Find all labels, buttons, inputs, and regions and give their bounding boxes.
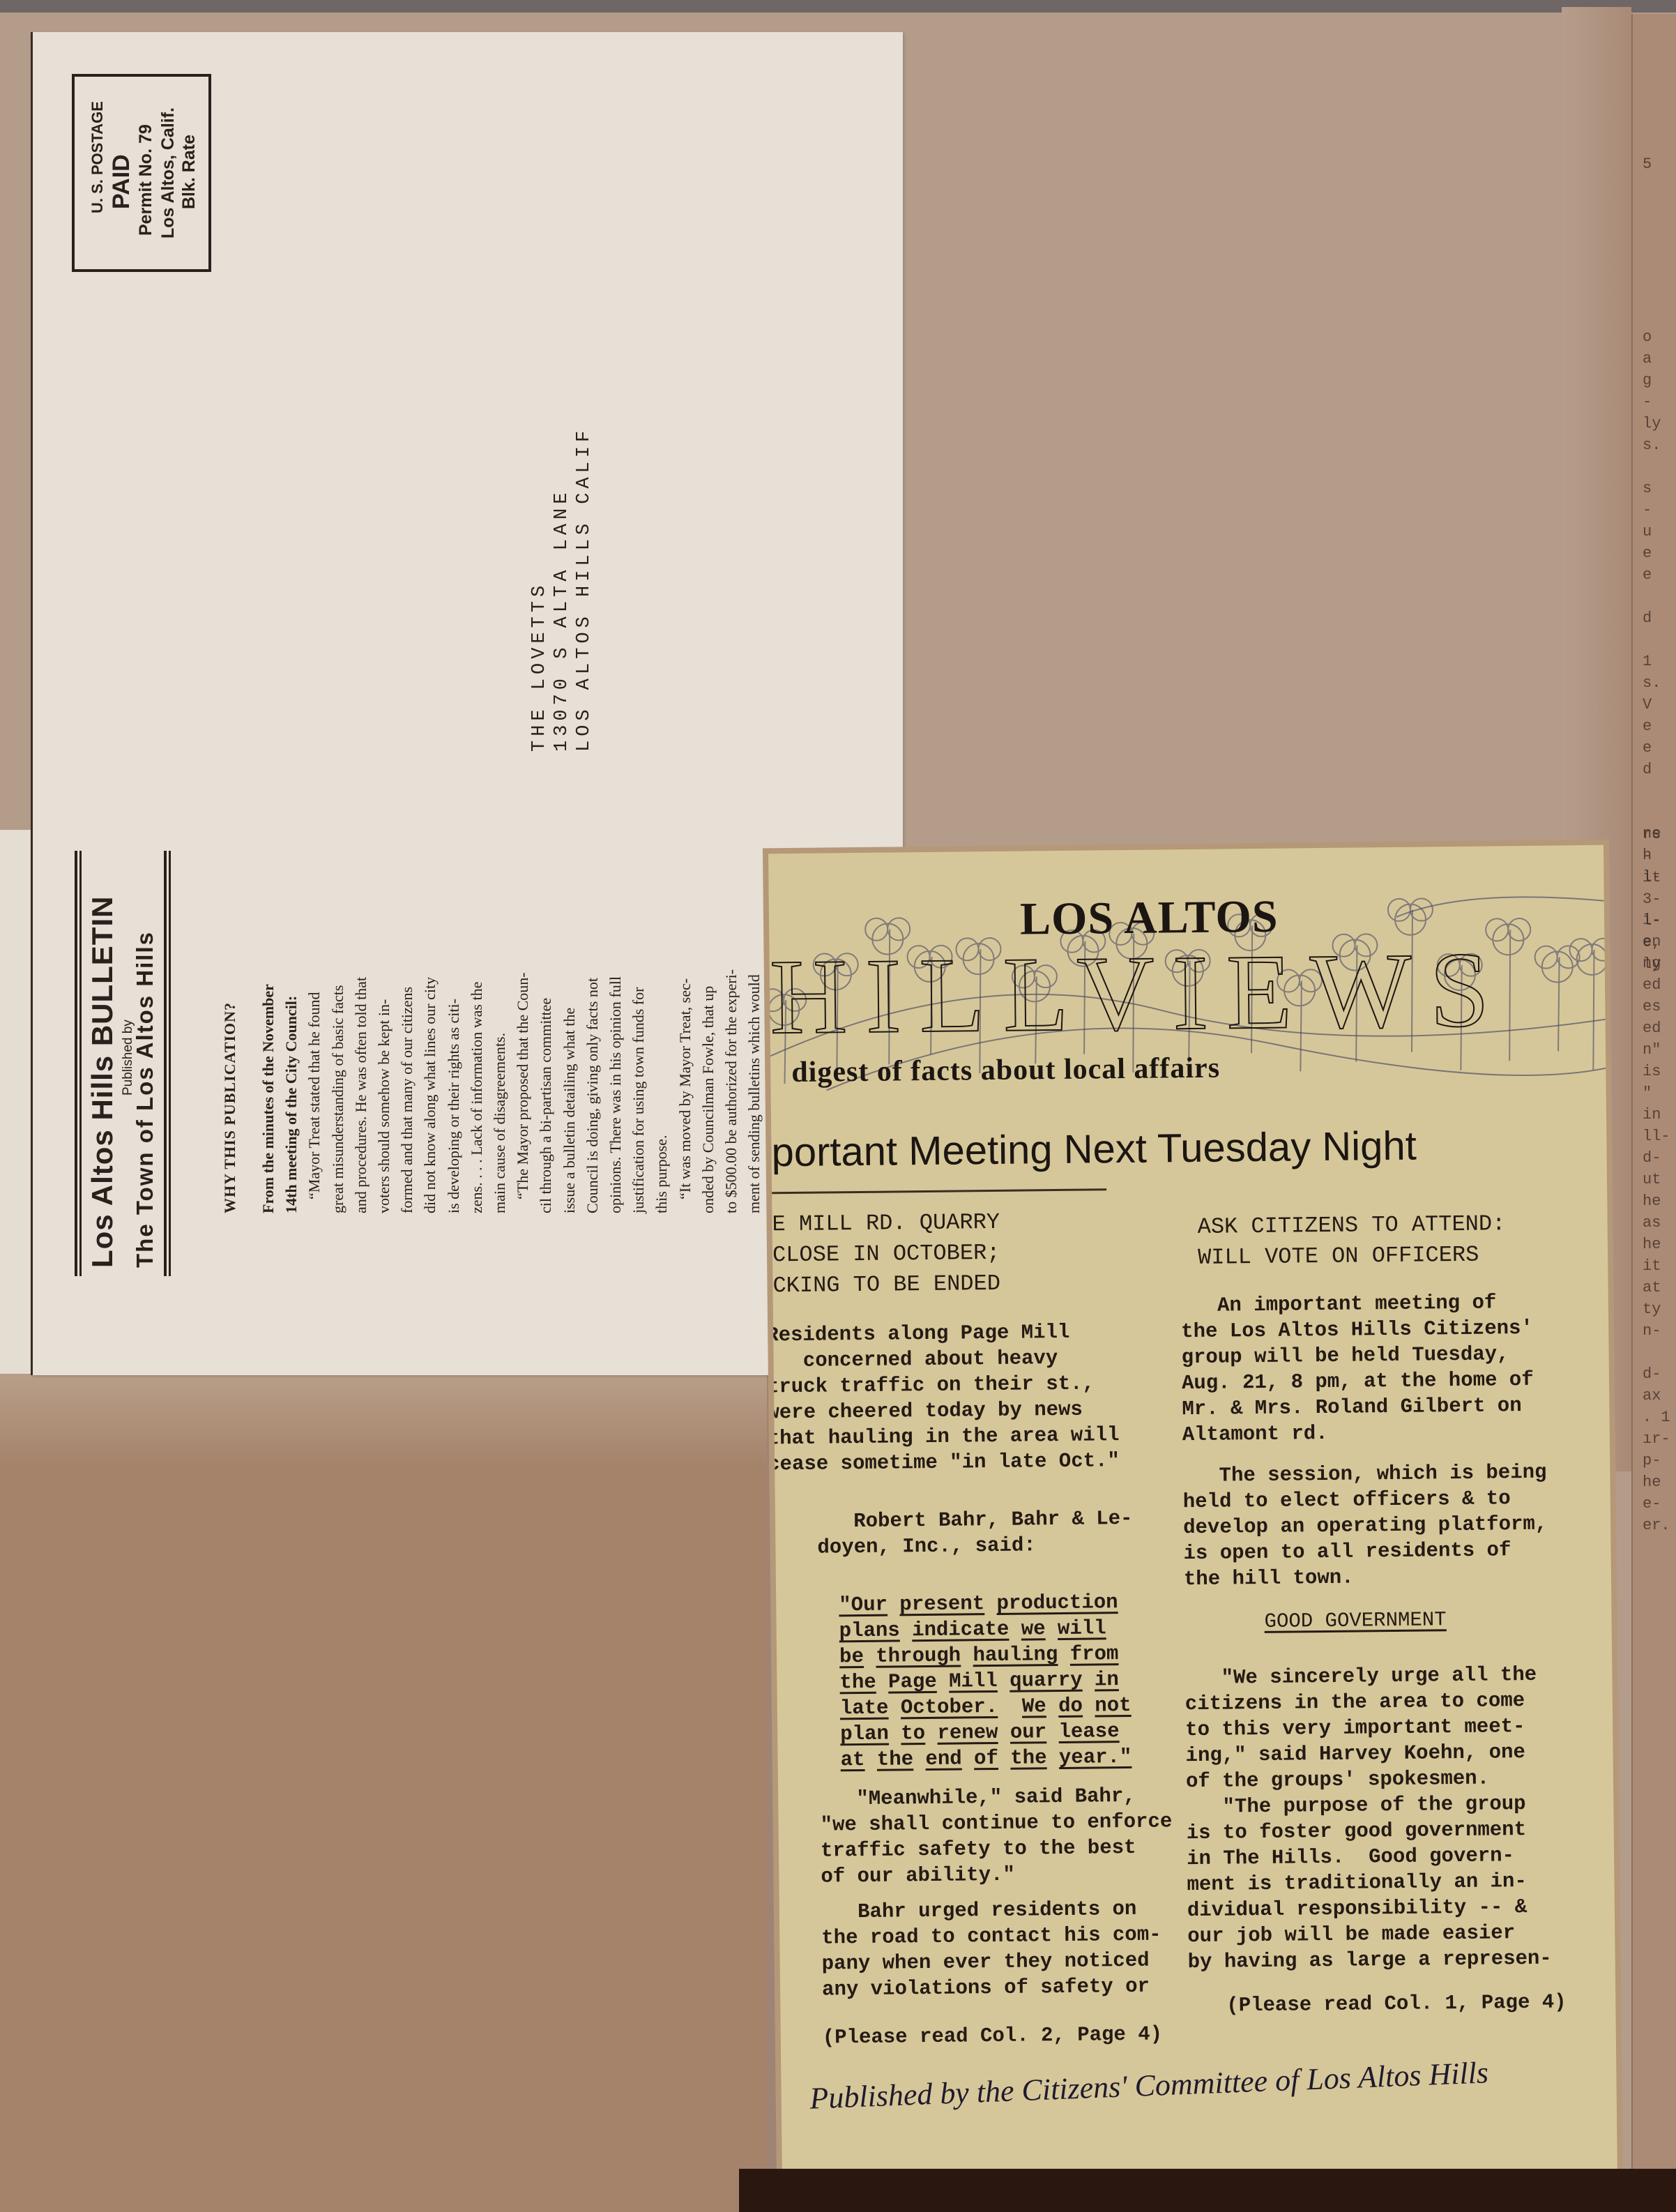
text-line: the Page Mill quarry in xyxy=(839,1667,1131,1695)
article-line: ment of sending bulletins which would xyxy=(745,974,763,1213)
postage-city: Los Altos, Calif. xyxy=(158,107,178,238)
article-line: is developing or their rights as citi- xyxy=(445,999,463,1213)
text-line: of the groups' spokesmen. xyxy=(1186,1765,1550,1794)
text-line: Aug. 21, 8 pm, at the home of xyxy=(1182,1367,1534,1396)
article-line: justification for using town funds for xyxy=(630,987,648,1213)
scrapbook-page-gradient xyxy=(0,1375,767,1466)
continued-note-right: (Please read Col. 1, Page 4) xyxy=(1226,1989,1567,2018)
scrapbook-bottom-edge xyxy=(739,2169,1676,2212)
text-line: late October. We do not xyxy=(840,1692,1132,1721)
postage-indicia: U. S. POSTAGE PAID Permit No. 79 Los Alt… xyxy=(72,74,211,272)
quarry-para-1: Residents along Page Mill concerned abou… xyxy=(768,1319,1120,1477)
text-line: Residents along Page Mill xyxy=(768,1319,1118,1348)
postage-paid: PAID xyxy=(108,154,135,209)
article-line: main cause of disagreements. xyxy=(491,1033,509,1213)
bulletin-publisher: The Town of Los Altos Hills xyxy=(132,931,158,1268)
article-line: great misunderstanding of basic facts xyxy=(329,985,347,1213)
clipping-fragment-lower: ne h l- i- en ng ed es ed n" is " in ll-… xyxy=(1643,823,1676,1536)
text-line: "Our present production xyxy=(839,1589,1130,1618)
address-name: THE LOVETTS xyxy=(529,582,550,752)
quarry-para-3: "Meanwhile," said Bahr,"we shall continu… xyxy=(820,1782,1173,1889)
text-line: group will be held Tuesday, xyxy=(1181,1341,1533,1370)
text-line: The session, which is being xyxy=(1182,1460,1546,1489)
text-line: were cheered today by news xyxy=(768,1396,1119,1425)
article-line: this purpose. xyxy=(653,1135,671,1213)
article-line: zens. . . . Lack of information was the xyxy=(468,982,486,1213)
text-line: the Los Altos Hills Citizens' xyxy=(1181,1315,1533,1344)
text-line: plan to renew our lease xyxy=(840,1718,1132,1747)
article-line: 14th meeting of the City Council: xyxy=(282,996,300,1213)
text-line: CKING TO BE ENDED xyxy=(772,1268,1000,1301)
text-line: be through hauling from xyxy=(839,1641,1131,1669)
text-line: held to elect officers & to xyxy=(1183,1485,1547,1515)
text-line: Bahr urged residents on xyxy=(821,1896,1161,1925)
text-line: "The purpose of the group xyxy=(1186,1791,1550,1820)
text-line: the hill town. xyxy=(1184,1563,1548,1592)
good-government-heading: GOOD GOVERNMENT xyxy=(1264,1607,1446,1635)
article-line: did not know along what lines our city xyxy=(421,977,439,1213)
article-line: opinions. There was in his opinion full xyxy=(607,976,625,1213)
postage-rate: Blk. Rate xyxy=(179,135,199,209)
text-line: Robert Bahr, Bahr & Le- xyxy=(817,1506,1133,1535)
text-line: pany when ever they noticed xyxy=(822,1948,1162,1977)
continued-note-left: (Please read Col. 2, Page 4) xyxy=(823,2022,1163,2051)
text-line: develop an operating platform, xyxy=(1183,1511,1547,1540)
address-city: LOS ALTOS HILLS CALIF xyxy=(574,427,595,752)
text-line: plans indicate we will xyxy=(839,1615,1131,1644)
text-line: ASK CITIZENS TO ATTEND: xyxy=(1197,1209,1505,1243)
article-line: formed and that many of our citizens xyxy=(398,987,416,1213)
quarry-subhead: E MILL RD. QUARRYCLOSE IN OCTOBER;CKING … xyxy=(772,1207,1000,1301)
article-line: “The Mayor proposed that the Coun- xyxy=(514,972,532,1199)
postage-line: U. S. POSTAGE xyxy=(89,101,107,213)
text-line: concerned about heavy xyxy=(768,1344,1118,1374)
adjacent-clipping-edge: 5 o a g - ly s. s - u e e d 1 s. V e e d… xyxy=(1631,14,1676,2169)
text-line: "we shall continue to enforce xyxy=(820,1808,1172,1838)
text-line: citizens in the area to come xyxy=(1185,1688,1549,1717)
quarry-quote: "Our present productionplans indicate we… xyxy=(839,1589,1132,1773)
quarry-para-4: Bahr urged residents onthe road to conta… xyxy=(821,1896,1162,2003)
postage-permit: Permit No. 79 xyxy=(136,124,156,236)
article-line: “It was moved by Mayor Treat, sec- xyxy=(676,978,694,1199)
article-line: issue a bulletin detailing what the xyxy=(561,1008,579,1213)
text-line: is open to all residents of xyxy=(1183,1537,1547,1566)
masthead-tagline: digest of facts about local affairs xyxy=(791,1052,1220,1089)
meeting-para-1: An important meeting ofthe Los Altos Hil… xyxy=(1181,1289,1534,1448)
text-line: by having as large a represen- xyxy=(1188,1946,1552,1975)
publisher-credit: Published by the Citizens' Committee of … xyxy=(809,2054,1488,2116)
text-line: to this very important meet- xyxy=(1185,1713,1549,1743)
text-line: An important meeting of xyxy=(1181,1289,1533,1319)
text-line: dividual responsibility -- & xyxy=(1187,1894,1551,1923)
text-line: "Meanwhile," said Bahr, xyxy=(820,1782,1172,1812)
article-line: Council is doing, giving only facts not xyxy=(584,978,602,1213)
article-line: cil through a bi-partisan committee xyxy=(537,998,555,1213)
good-government-body: "We sincerely urge all thecitizens in th… xyxy=(1184,1662,1552,1975)
text-line: WILL VOTE ON OFFICERS xyxy=(1198,1239,1506,1273)
text-line: that hauling in the area will xyxy=(768,1422,1120,1451)
masthead-rule xyxy=(75,851,77,1276)
headline: portant Meeting Next Tuesday Night xyxy=(771,1123,1417,1176)
text-line: the road to contact his com- xyxy=(821,1922,1161,1951)
address-street: 13070 S ALTA LANE xyxy=(551,489,572,752)
text-line: traffic safety to the best xyxy=(821,1834,1173,1863)
meeting-para-2: The session, which is beingheld to elect… xyxy=(1182,1460,1548,1592)
scrapbook-page-lower xyxy=(0,1375,767,2212)
masthead-rule xyxy=(169,851,171,1276)
article-line: voters should somehow be kept in- xyxy=(375,999,393,1213)
text-line: "We sincerely urge all the xyxy=(1184,1662,1548,1691)
text-line: in The Hills. Good govern- xyxy=(1187,1842,1551,1872)
article-line: “Mayor Treat stated that he found xyxy=(305,992,323,1199)
article-line: and procedures. He was often told that xyxy=(352,977,370,1213)
quarry-para-2: Robert Bahr, Bahr & Le-doyen, Inc., said… xyxy=(817,1506,1133,1561)
text-line: Altamont rd. xyxy=(1182,1418,1534,1448)
masthead-hillviews: HILLVIEWS xyxy=(769,928,1508,1059)
article-line: From the minutes of the November xyxy=(259,984,277,1213)
article-line: to $500.00 be authorized for the experi- xyxy=(722,969,740,1213)
text-line: our job will be made easier xyxy=(1187,1920,1551,1949)
masthead-rule xyxy=(164,851,167,1276)
page-top-shadow xyxy=(0,0,1676,13)
text-line: doyen, Inc., said: xyxy=(817,1531,1133,1561)
text-line: Mr. & Mrs. Roland Gilbert on xyxy=(1182,1393,1534,1422)
article-heading: WHY THIS PUBLICATION? xyxy=(221,1002,239,1213)
text-line: E MILL RD. QUARRY xyxy=(772,1207,1000,1240)
text-line: truck traffic on their st., xyxy=(768,1370,1119,1400)
text-line: at the end of the year." xyxy=(840,1744,1132,1773)
article-line: onded by Councilman Fowle, that up xyxy=(699,986,717,1213)
text-line: any violations of safety or xyxy=(822,1974,1162,2003)
text-line: ment is traditionally an in- xyxy=(1187,1868,1551,1897)
headline-rule xyxy=(772,1188,1106,1194)
text-line: CLOSE IN OCTOBER; xyxy=(772,1238,1000,1271)
bulletin-title: Los Altos Hills BULLETIN xyxy=(86,896,119,1268)
text-line: is to foster good government xyxy=(1187,1817,1551,1846)
text-line: ing," said Harvey Koehn, one xyxy=(1185,1739,1549,1768)
meeting-subhead: ASK CITIZENS TO ATTEND:WILL VOTE ON OFFI… xyxy=(1197,1209,1506,1273)
masthead-rule xyxy=(79,851,82,1276)
text-line: of our ability." xyxy=(821,1860,1173,1889)
text-line: cease sometime "in late Oct." xyxy=(768,1448,1120,1477)
hillviews-clipping: LOS ALTOS HILLVIEWS digest of facts abou… xyxy=(768,845,1617,2187)
